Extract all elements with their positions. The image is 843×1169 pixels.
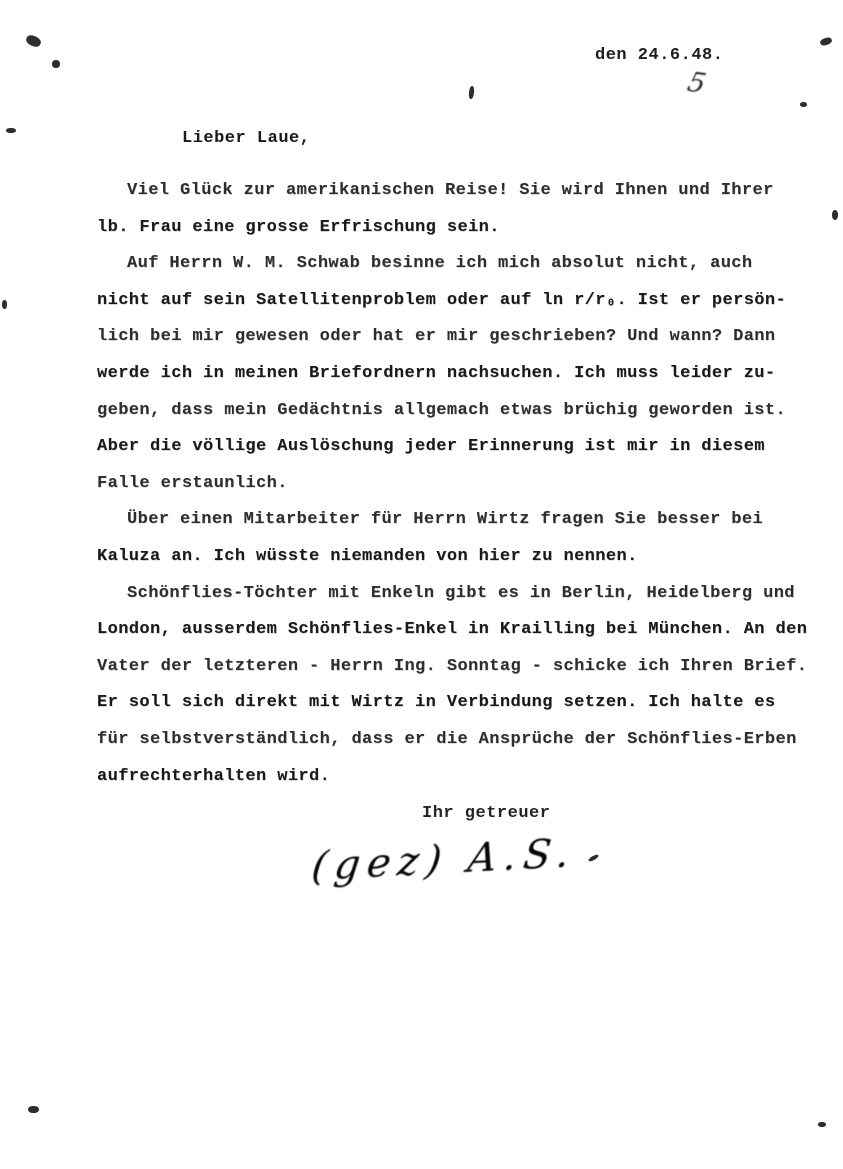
body-line: geben, dass mein Gedächtnis allgemach et… bbox=[97, 393, 807, 430]
body-line: Aber die völlige Auslöschung jeder Erinn… bbox=[97, 429, 807, 466]
letter-page: den 24.6.48. Lieber Laue, Viel Glück zur… bbox=[0, 0, 843, 1169]
body-line: Falle erstaunlich. bbox=[97, 466, 807, 503]
body-line: werde ich in meinen Briefordnern nachsuc… bbox=[97, 356, 807, 393]
paragraph: Über einen Mitarbeiter für Herrn Wirtz f… bbox=[97, 502, 807, 575]
date-line: den 24.6.48. bbox=[595, 46, 723, 65]
typed-text-layer: den 24.6.48. Lieber Laue, Viel Glück zur… bbox=[0, 0, 843, 1169]
body-line: Schönflies-Töchter mit Enkeln gibt es in… bbox=[97, 576, 807, 613]
body-line: Auf Herrn W. M. Schwab besinne ich mich … bbox=[97, 246, 807, 283]
letter-body: Lieber Laue, Viel Glück zur amerikanisch… bbox=[97, 120, 807, 890]
body-line: Kaluza an. Ich wüsste niemanden von hier… bbox=[97, 539, 807, 576]
body-line: Er soll sich direkt mit Wirtz in Verbind… bbox=[97, 685, 807, 722]
body-line: für selbstverständlich, dass er die Ansp… bbox=[97, 722, 807, 759]
body-line: Viel Glück zur amerikanischen Reise! Sie… bbox=[97, 173, 807, 210]
body-line: London, ausserdem Schönflies-Enkel in Kr… bbox=[97, 612, 807, 649]
body-line: aufrechterhalten wird. bbox=[97, 759, 807, 796]
paragraph: Viel Glück zur amerikanischen Reise! Sie… bbox=[97, 173, 807, 246]
body-line: lb. Frau eine grosse Erfrischung sein. bbox=[97, 210, 807, 247]
body-line: lich bei mir gewesen oder hat er mir ges… bbox=[97, 319, 807, 356]
paragraph: Schönflies-Töchter mit Enkeln gibt es in… bbox=[97, 576, 807, 796]
paragraph: Auf Herrn W. M. Schwab besinne ich mich … bbox=[97, 246, 807, 502]
body-line: Vater der letzteren - Herrn Ing. Sonntag… bbox=[97, 649, 807, 686]
body-line: Über einen Mitarbeiter für Herrn Wirtz f… bbox=[97, 502, 807, 539]
body-line: nicht auf sein Satellitenproblem oder au… bbox=[97, 283, 807, 320]
salutation: Lieber Laue, bbox=[97, 120, 807, 157]
